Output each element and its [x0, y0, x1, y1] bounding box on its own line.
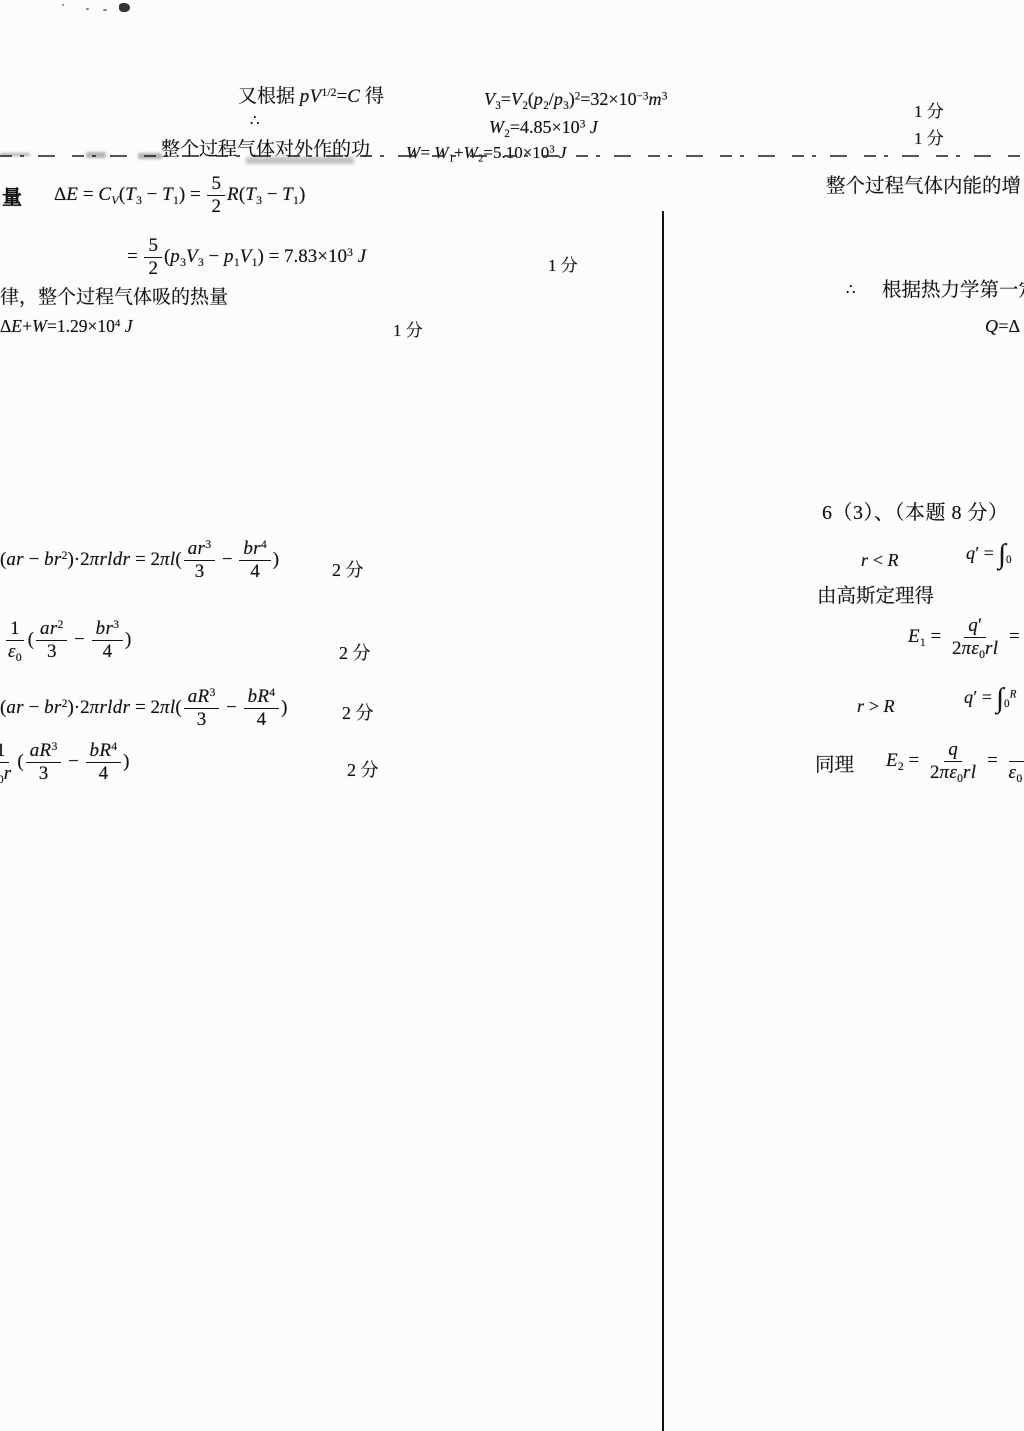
case-r-greater-than-R: r > R [857, 695, 895, 718]
w2-equation: W2=4.85×103 J [489, 116, 598, 139]
case-r-less-than-R: r < R [861, 549, 899, 572]
heat-absorbed-text: 律，整个过程气体吸的热量 [0, 286, 228, 310]
scan-smudge [246, 157, 354, 164]
field-expression-inner: 1ε0(ar23 − br34) [2, 619, 131, 662]
ink-speck [86, 8, 89, 10]
similarly-text: 同理 [815, 754, 854, 778]
heat-q-equation: ΔE+W=1.29×104 J [0, 316, 133, 338]
delta-e-equation-continued: = 52(p3V3 − p1V1) = 7.83×103 J [127, 236, 366, 279]
score-mark-2pt: 2 分 [342, 702, 374, 725]
scan-smudge [0, 153, 30, 156]
therefore-symbol: ∴ [250, 112, 260, 131]
score-mark-1pt: 1 分 [548, 255, 578, 276]
q-equation-fragment: Q=Δ [985, 315, 1020, 338]
field-expression-outer: 1ε0r(aR33 − bR44) [0, 741, 129, 784]
internal-energy-increase-text: 整个过程气体内能的增 [826, 175, 1021, 199]
scan-smudge [138, 153, 162, 159]
score-mark-2pt: 2 分 [339, 642, 371, 665]
total-work-equation: W= W1+W2=5.10×103 J [406, 142, 567, 163]
ink-blot [119, 3, 130, 12]
given-relation-text: 又根据 pV1/2=C 得 [238, 85, 384, 109]
therefore-symbol: ∴ [846, 281, 856, 300]
ink-speck [103, 9, 107, 11]
scanned-exam-page: 又根据 pV1/2=C 得 ∴ V3=V2(p2/p3)2=32×10−3m3 … [0, 0, 1024, 1431]
scan-smudge [86, 152, 106, 158]
quantity-prefix-char: 量 [2, 186, 22, 211]
v3-equation: V3=V2(p2/p3)2=32×10−3m3 [484, 88, 667, 111]
score-mark-2pt: 2 分 [332, 559, 364, 582]
delta-e-equation: ΔE = CV(T3 − T1) = 52R(T3 − T1) [54, 174, 305, 217]
ink-speck [62, 4, 64, 6]
score-mark-1pt: 1 分 [914, 128, 944, 149]
problem-6-3-heading: 6（3）、（本题 8 分） [822, 501, 1009, 526]
e1-field-equation: E1 = q′2πε0rl = [908, 616, 1020, 659]
charge-integral-equation-1: (ar − br2)·2πrldr = 2πl(ar33 − br44) [0, 539, 279, 582]
first-law-text: 根据热力学第一定 [882, 279, 1024, 303]
score-mark-2pt: 2 分 [347, 759, 379, 782]
gauss-theorem-text: 由高斯定理得 [817, 585, 934, 609]
enclosed-charge-integral-2: q′ = ∫0R [964, 686, 1017, 709]
score-mark-1pt: 1 分 [914, 101, 944, 122]
column-divider-line [662, 211, 664, 1431]
score-mark-1pt: 1 分 [393, 320, 423, 341]
charge-integral-equation-2: (ar − br2)·2πrldr = 2πl(aR33 − bR44) [0, 687, 288, 730]
enclosed-charge-integral-1: q′ = ∫0 [966, 542, 1012, 565]
e2-field-equation: E2 = q2πε0rl = ε0 [886, 740, 1024, 783]
